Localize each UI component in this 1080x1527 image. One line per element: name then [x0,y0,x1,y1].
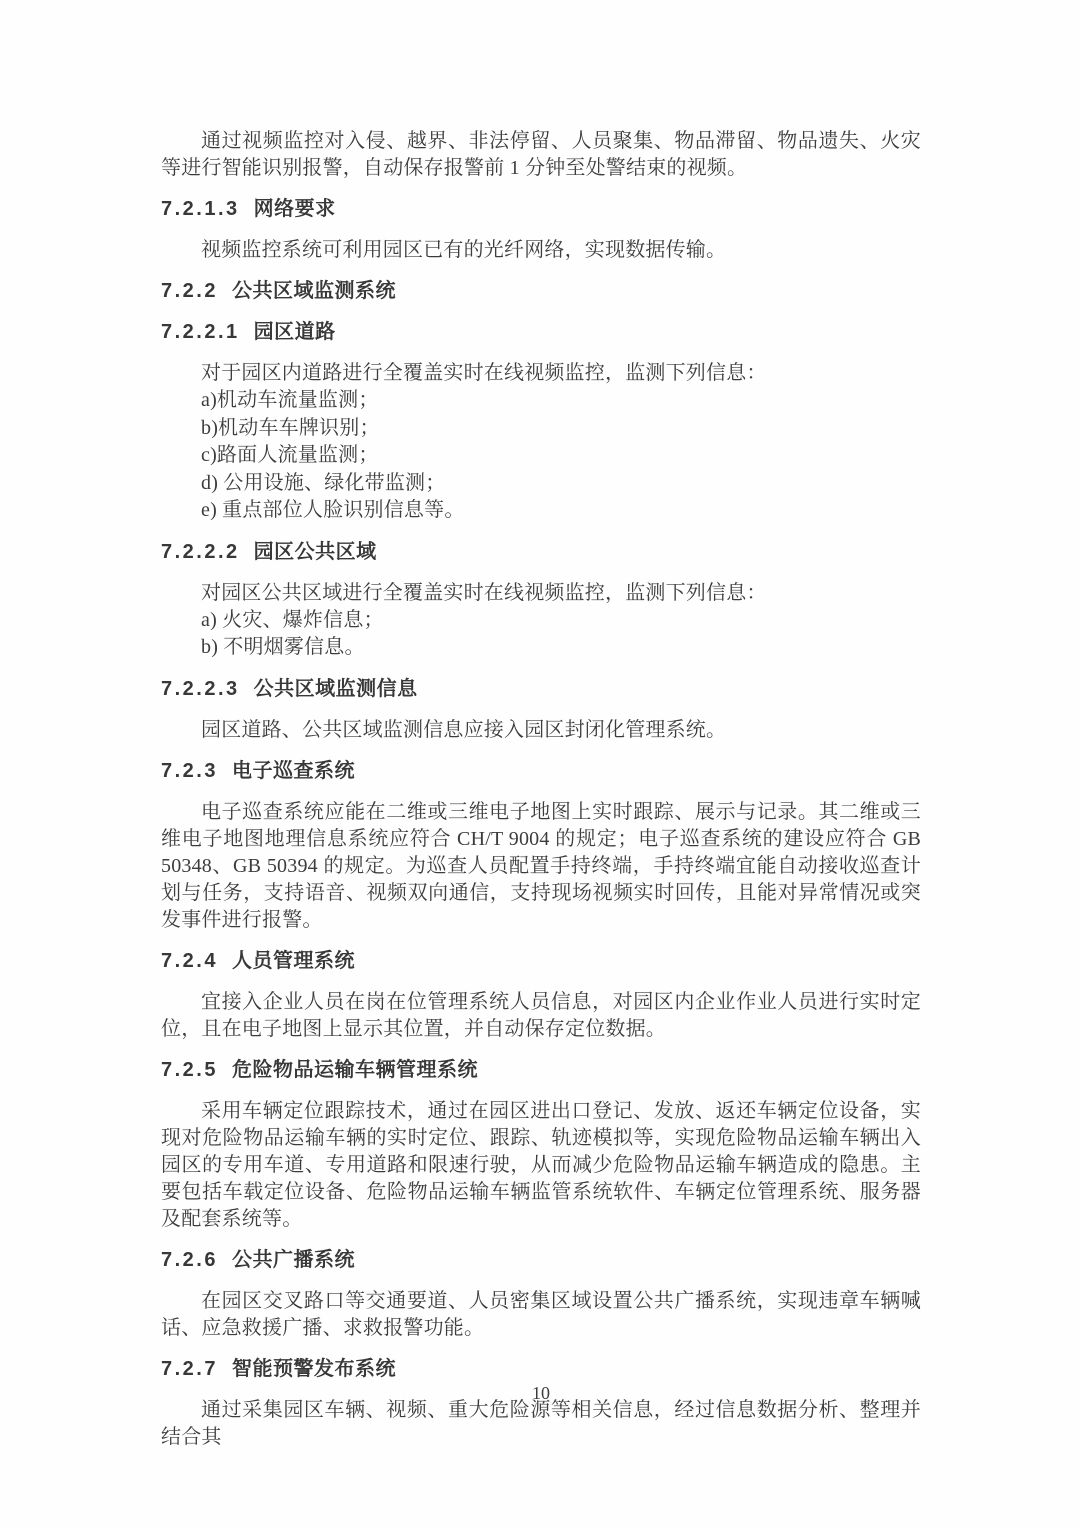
heading-7-2-1-3-network-requirements: 7.2.1.3网络要求 [161,196,921,223]
document-page: 通过视频监控对入侵、越界、非法停留、人员聚集、物品滞留、物品遗失、火灾等进行智能… [0,0,1080,1527]
section-number: 7.2.3 [161,760,218,782]
section-title: 危险物品运输车辆管理系统 [232,1059,478,1081]
section-title: 公共区域监测系统 [232,280,396,302]
paragraph-electronic-patrol: 电子巡查系统应能在二维或三维电子地图上实时跟踪、展示与记录。其二维或三维电子地图… [161,799,921,934]
page-number: 10 [532,1383,550,1403]
section-title: 公共区域监测信息 [254,678,418,700]
section-title: 园区公共区域 [254,541,377,563]
paragraph-road-monitoring-intro: 对于园区内道路进行全覆盖实时在线视频监控，监测下列信息： [161,360,921,387]
section-number: 7.2.2.2 [161,541,240,563]
document-content: 通过视频监控对入侵、越界、非法停留、人员聚集、物品滞留、物品遗失、火灾等进行智能… [161,128,921,1451]
section-title: 公共广播系统 [232,1249,355,1271]
section-number: 7.2.5 [161,1059,218,1081]
list-item-e-face-recognition: e) 重点部位人脸识别信息等。 [161,497,921,525]
paragraph-public-area-intro: 对园区公共区域进行全覆盖实时在线视频监控，监测下列信息： [161,580,921,607]
paragraph-personnel-management: 宜接入企业人员在岗在位管理系统人员信息，对园区内企业作业人员进行实时定位，且在电… [161,989,921,1043]
heading-7-2-5-hazardous-vehicle-management: 7.2.5危险物品运输车辆管理系统 [161,1057,921,1084]
page-footer: 10 [161,1381,921,1405]
paragraph-video-alarm: 通过视频监控对入侵、越界、非法停留、人员聚集、物品滞留、物品遗失、火灾等进行智能… [161,128,921,182]
heading-7-2-2-3-monitoring-info: 7.2.2.3公共区域监测信息 [161,676,921,703]
heading-7-2-2-1-park-roads: 7.2.2.1园区道路 [161,319,921,346]
section-number: 7.2.2 [161,280,218,302]
section-number: 7.2.6 [161,1249,218,1271]
list-item-a-vehicle-flow: a)机动车流量监测； [161,387,921,415]
heading-7-2-7-smart-warning-publish: 7.2.7智能预警发布系统 [161,1356,921,1383]
list-item-b-plate-recognition: b)机动车车牌识别； [161,415,921,443]
section-number: 7.2.4 [161,950,218,972]
paragraph-network: 视频监控系统可利用园区已有的光纤网络，实现数据传输。 [161,237,921,264]
section-title: 园区道路 [254,321,336,343]
heading-7-2-2-2-public-areas: 7.2.2.2园区公共区域 [161,539,921,566]
section-title: 人员管理系统 [232,950,355,972]
paragraph-public-broadcast: 在园区交叉路口等交通要道、人员密集区域设置公共广播系统，实现违章车辆喊话、应急救… [161,1288,921,1342]
list-item-a-fire-explosion: a) 火灾、爆炸信息； [161,607,921,635]
paragraph-monitoring-info: 园区道路、公共区域监测信息应接入园区封闭化管理系统。 [161,717,921,744]
section-title: 网络要求 [254,198,336,220]
section-title: 智能预警发布系统 [232,1358,396,1380]
list-item-b-unknown-smoke: b) 不明烟雾信息。 [161,634,921,662]
list-item-d-public-facilities: d) 公用设施、绿化带监测； [161,470,921,498]
heading-7-2-3-electronic-patrol: 7.2.3电子巡查系统 [161,758,921,785]
section-title: 电子巡查系统 [232,760,355,782]
heading-7-2-6-public-broadcast: 7.2.6公共广播系统 [161,1247,921,1274]
section-number: 7.2.2.1 [161,321,240,343]
section-number: 7.2.1.3 [161,198,240,220]
list-item-c-pedestrian-flow: c)路面人流量监测； [161,442,921,470]
section-number: 7.2.7 [161,1358,218,1380]
paragraph-hazardous-vehicle: 采用车辆定位跟踪技术，通过在园区进出口登记、发放、返还车辆定位设备，实现对危险物… [161,1098,921,1233]
heading-7-2-4-personnel-management: 7.2.4人员管理系统 [161,948,921,975]
section-number: 7.2.2.3 [161,678,240,700]
heading-7-2-2-public-area-monitoring: 7.2.2公共区域监测系统 [161,278,921,305]
